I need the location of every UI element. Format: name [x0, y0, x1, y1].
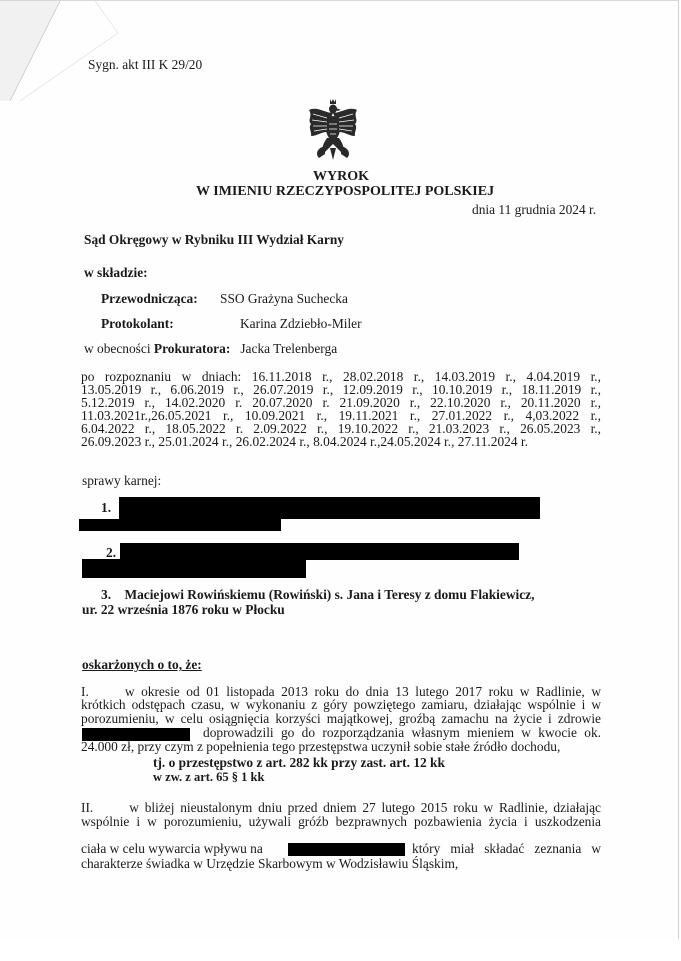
document-title: WYROK — [313, 169, 369, 184]
redaction-box — [288, 843, 405, 856]
presiding-judge: SSO Grażyna Suchecka — [220, 291, 348, 306]
legal-basis-2: w zw. z art. 65 § 1 kk — [153, 770, 264, 785]
case-number: Sygn. akt III K 29/20 — [88, 57, 202, 72]
defendant-1-number: 1. — [101, 500, 111, 515]
prosecutor-label: Prokuratora: — [154, 341, 230, 356]
defendant-3-birth: ur. 22 września 1876 roku w Płocku — [82, 602, 285, 617]
defendant-2-number: 2. — [106, 545, 116, 560]
prosecutor-name: Jacka Trelenberga — [240, 341, 337, 356]
redaction-box — [119, 497, 540, 519]
prosecutor-line: w obecności Prokuratora: Jacka Trelenber… — [84, 341, 337, 356]
case-type-label: sprawy karnej: — [82, 473, 161, 488]
charge-line: ciała w celu wywarcia wpływu na — [81, 842, 276, 855]
charge-line: który miał składać zeznania w — [412, 842, 601, 855]
charge-line: 24.000 zł, przy czym z popełnienia tego … — [81, 740, 601, 753]
legal-basis-1: tj. o przestępstwo z art. 282 kk przy za… — [153, 755, 445, 770]
defendant-3-name: Maciejowi Rowińskiemu (Rowiński) s. Jana… — [124, 587, 534, 602]
charge-line: charakterze świadka w Urzędzie Skarbowym… — [81, 857, 601, 870]
charge-line: doprowadzili go do rozporządzania własny… — [203, 726, 601, 739]
document-subtitle: W IMIENIU RZECZYPOSPOLITEJ POLSKIEJ — [196, 184, 494, 199]
clerk-label: Protokolant: — [101, 316, 174, 331]
redaction-box — [120, 543, 519, 560]
judgment-date: dnia 11 grudnia 2024 r. — [472, 202, 596, 217]
defendant-3-line: 3. Maciejowi Rowińskiemu (Rowiński) s. J… — [101, 587, 534, 602]
court-name: Sąd Okręgowy w Rybniku III Wydział Karny — [84, 232, 344, 247]
charge-line: porozumieniu, w celu osiągnięcia korzyśc… — [81, 712, 601, 725]
polish-eagle-emblem-icon — [303, 96, 363, 162]
defendant-3-number: 3. — [101, 587, 111, 602]
composition-label: w składzie: — [84, 265, 148, 280]
presiding-label: Przewodnicząca: — [101, 291, 198, 306]
folded-corner-shadow — [0, 1, 120, 101]
prosecutor-prefix: w obecności — [84, 341, 151, 356]
hearing-dates-line: 26.09.2023 r., 25.01.2024 r., 26.02.2024… — [81, 435, 531, 448]
clerk-name: Karina Zdziebło-Miler — [240, 316, 362, 331]
charge-2-numeral: II. — [81, 800, 93, 815]
charges-heading: oskarżonych o to, że: — [82, 657, 202, 672]
charge-line: wspólnie i w porozumieniu, używali gróźb… — [81, 815, 601, 828]
charge-line: krótkich odstępach czasu, w wykonaniu z … — [81, 698, 601, 711]
document-page: Sygn. akt III K 29/20 WYROK W IMIENIU RZ… — [0, 0, 679, 939]
redaction-box — [79, 519, 281, 531]
charge-line: II.w bliżej nieustalonym dniu przed dnie… — [81, 801, 601, 814]
redaction-box — [82, 559, 306, 578]
